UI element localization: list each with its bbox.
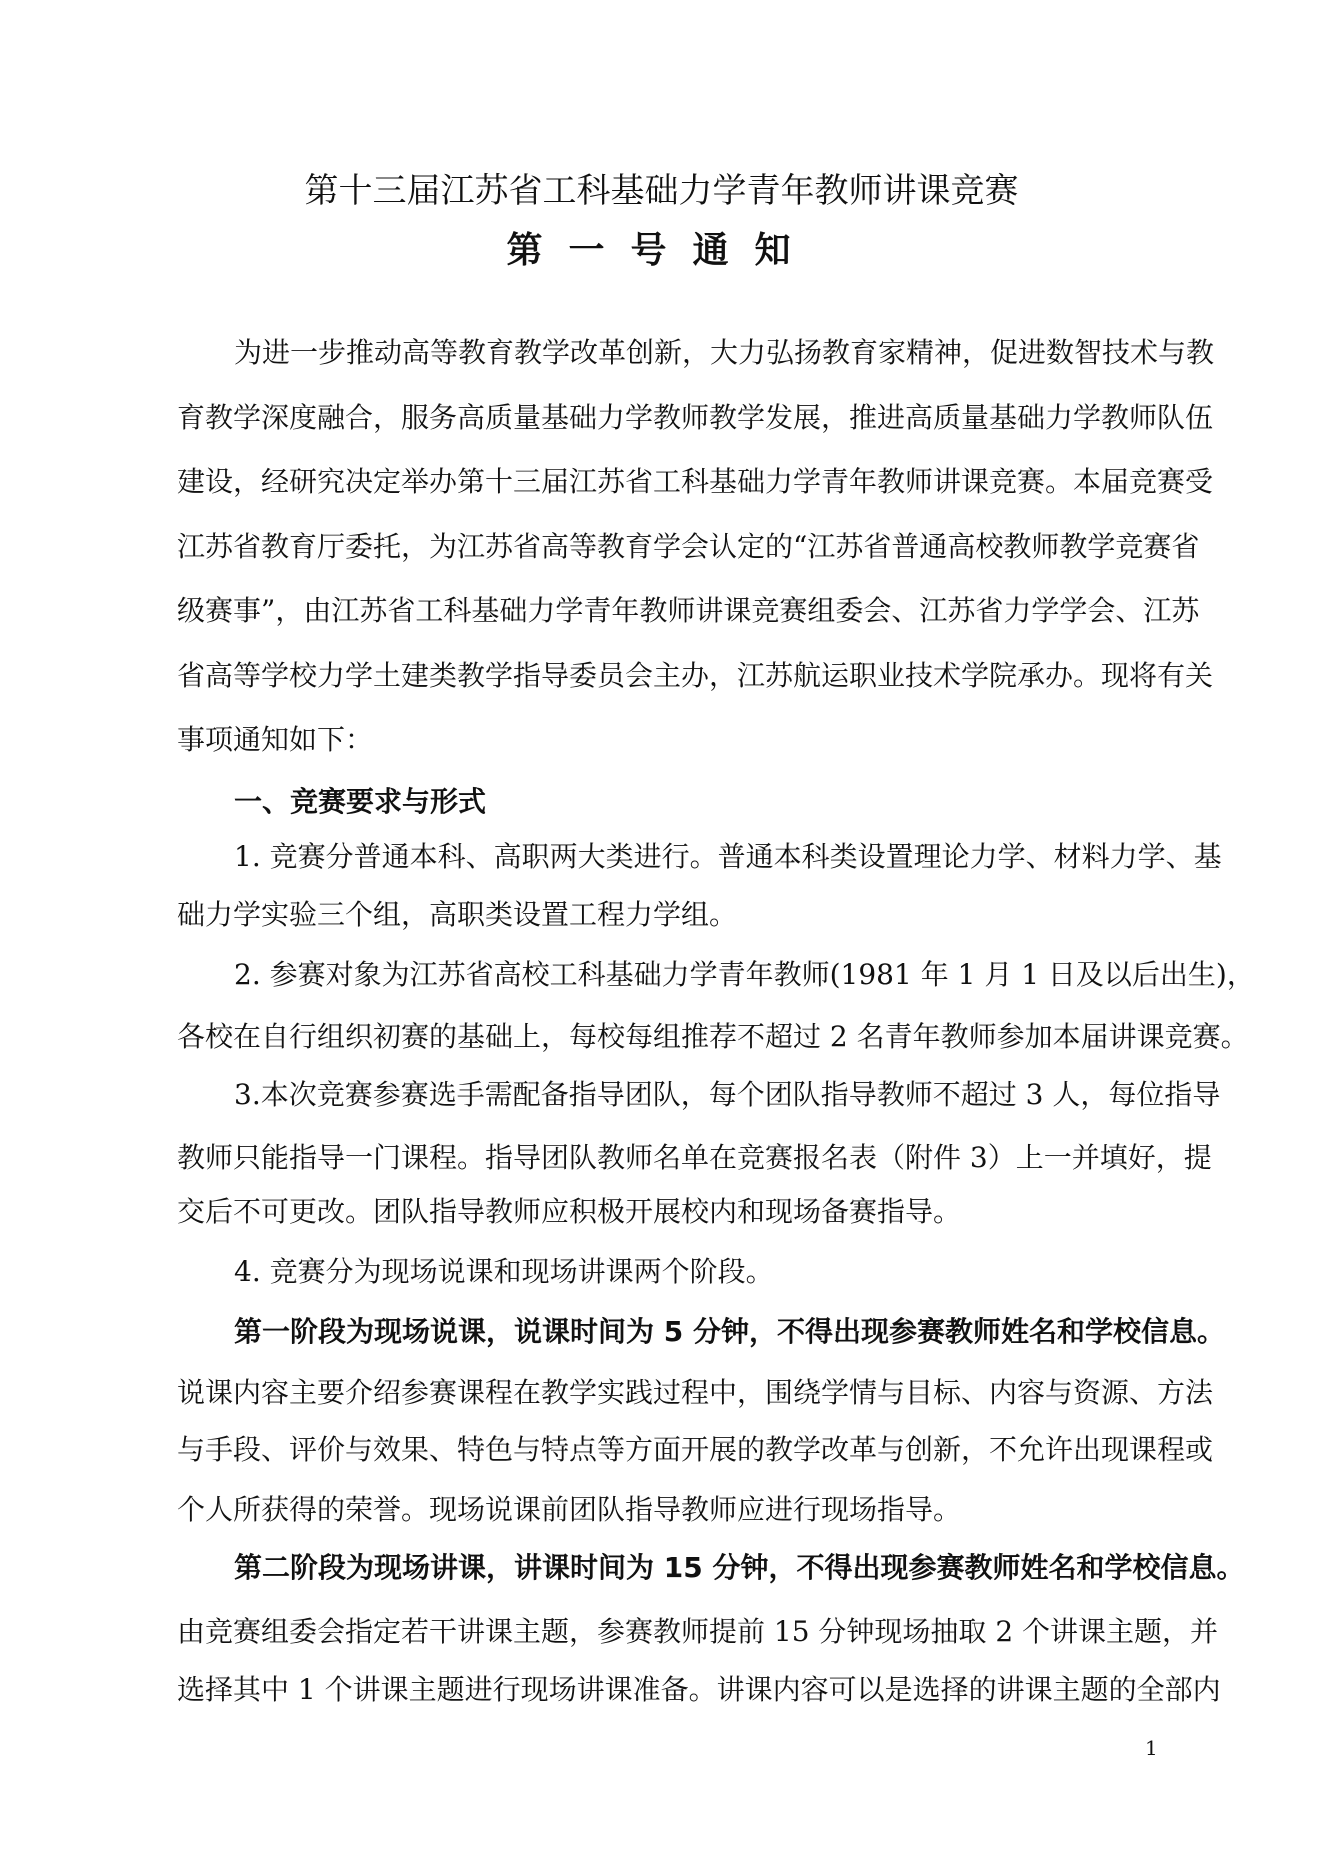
paragraph-line: 育教学深度融合，服务高质量基础力学教师教学发展，推进高质量基础力学教师队伍 — [177, 400, 1149, 436]
paragraph-line: 3.本次竞赛参赛选手需配备指导团队，每个团队指导教师不超过 3 人，每位指导 — [234, 1077, 1149, 1113]
paragraph-line: 教师只能指导一门课程。指导团队教师名单在竞赛报名表（附件 3）上一并填好，提 — [177, 1140, 1149, 1176]
paragraph-line: 为进一步推动高等教育教学改革创新，大力弘扬教育家精神，促进数智技术与教 — [234, 335, 1149, 371]
paragraph-line: 个人所获得的荣誉。现场说课前团队指导教师应进行现场指导。 — [177, 1492, 1149, 1528]
document-title: 第十三届江苏省工科基础力学青年教师讲课竞赛 — [0, 169, 1323, 213]
paragraph-line: 建设，经研究决定举办第十三届江苏省工科基础力学青年教师讲课竞赛。本届竞赛受 — [177, 464, 1149, 500]
paragraph-line: 各校在自行组织初赛的基础上，每校每组推荐不超过 2 名青年教师参加本届讲课竞赛。 — [177, 1019, 1149, 1055]
paragraph-line: 2. 参赛对象为江苏省高校工科基础力学青年教师(1981 年 1 月 1 日及以… — [234, 957, 1149, 993]
paragraph-line: 与手段、评价与效果、特色与特点等方面开展的教学改革与创新，不允许出现课程或 — [177, 1432, 1149, 1468]
paragraph-line: 江苏省教育厅委托，为江苏省高等教育学会认定的“江苏省普通高校教师教学竞赛省 — [177, 529, 1149, 565]
paragraph-line: 省高等学校力学土建类教学指导委员会主办，江苏航运职业技术学院承办。现将有关 — [177, 658, 1149, 694]
document-subtitle: 第一号通知 — [0, 228, 1323, 274]
paragraph-line: 事项通知如下： — [177, 722, 1149, 758]
paragraph-line: 选择其中 1 个讲课主题进行现场讲课准备。讲课内容可以是选择的讲课主题的全部内 — [177, 1672, 1149, 1708]
section-heading: 一、竞赛要求与形式 — [234, 784, 1149, 820]
stage-2-bold-line: 第二阶段为现场讲课，讲课时间为 15 分钟，不得出现参赛教师姓名和学校信息。 — [234, 1550, 1149, 1586]
paragraph-line: 交后不可更改。团队指导教师应积极开展校内和现场备赛指导。 — [177, 1194, 1149, 1230]
list-item-4: 4. 竞赛分为现场说课和现场讲课两个阶段。 — [234, 1254, 1149, 1290]
paragraph-line: 由竞赛组委会指定若干讲课主题，参赛教师提前 15 分钟现场抽取 2 个讲课主题，… — [177, 1614, 1149, 1650]
paragraph-line: 级赛事”，由江苏省工科基础力学青年教师讲课竞赛组委会、江苏省力学学会、江苏 — [177, 593, 1149, 629]
paragraph-line: 础力学实验三个组，高职类设置工程力学组。 — [177, 897, 1149, 933]
document-page: 第十三届江苏省工科基础力学青年教师讲课竞赛 第一号通知 为进一步推动高等教育教学… — [0, 0, 1323, 1871]
paragraph-line: 说课内容主要介绍参赛课程在教学实践过程中，围绕学情与目标、内容与资源、方法 — [177, 1375, 1149, 1411]
page-number: 1 — [1145, 1735, 1158, 1761]
stage-1-bold-line: 第一阶段为现场说课，说课时间为 5 分钟，不得出现参赛教师姓名和学校信息。 — [234, 1314, 1149, 1350]
paragraph-line: 1. 竞赛分普通本科、高职两大类进行。普通本科类设置理论力学、材料力学、基 — [234, 839, 1149, 875]
